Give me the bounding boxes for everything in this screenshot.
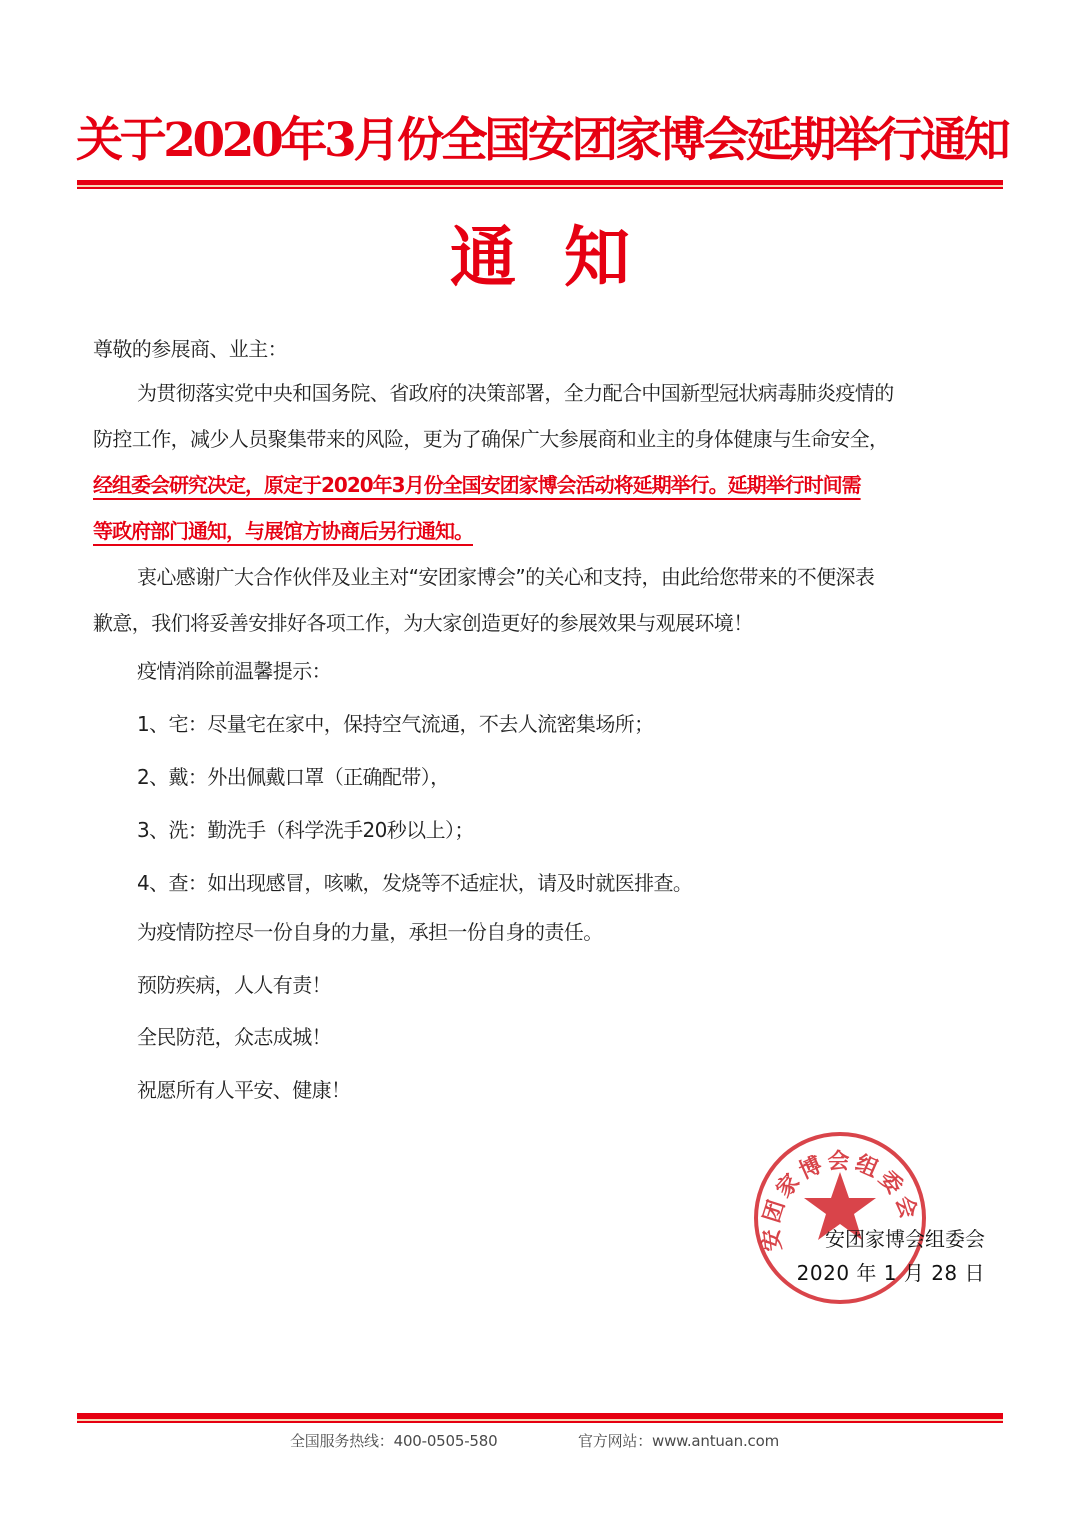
greeting-text: 尊敬的参展商、业主： [93,326,993,372]
signature-block: 安团家博会组委会 2020 年 1 月 28 日 [790,1222,990,1290]
tip-item: 4、查：如出现感冒，咳嗽，发烧等不适症状，请及时就医排查。 [93,857,993,910]
closing-line: 祝愿所有人平安、健康！ [93,1064,993,1117]
tips-list: 1、宅：尽量宅在家中，保持空气流通，不去人流密集场所； 2、戴：外出佩戴口罩（正… [93,698,993,910]
tips-title: 疫情消除前温馨提示： [93,648,993,694]
tips-title-text: 疫情消除前温馨提示： [93,648,993,694]
footer-website: 官方网站：www.antuan.com [578,1430,779,1452]
closing-line: 预防疾病，人人有责！ [93,959,993,1012]
closing-slogans: 为疫情防控尽一份自身的力量，承担一份自身的责任。 预防疾病，人人有责！ 全民防范… [93,906,993,1116]
paragraph-line: 为贯彻落实党中央和国务院、省政府的决策部署，全力配合中国新型冠状病毒肺炎疫情的 [93,370,993,416]
divider-thin-bar [77,1421,1003,1423]
closing-line: 全民防范，众志成城！ [93,1011,993,1064]
paragraph-line: 防控工作，减少人员聚集带来的风险，更为了确保广大参展商和业主的身体健康与生命安全… [93,416,993,462]
signature-organization: 安团家博会组委会 [790,1222,990,1256]
paragraph-thanks: 衷心感谢广大合作伙伴及业主对“安团家博会”的关心和支持，由此给您带来的不便深表 … [93,554,993,646]
tip-item: 3、洗：勤洗手（科学洗手20秒以上）； [93,804,993,857]
highlighted-decision-text: 经组委会研究决定，原定于2020年3月份全国安团家博会活动将延期举行。延期举行时… [93,473,861,497]
tip-item: 2、戴：外出佩戴口罩（正确配带）， [93,751,993,804]
header-divider [77,180,1003,189]
footer-divider [77,1413,1003,1423]
greeting: 尊敬的参展商、业主： [93,326,993,372]
closing-line: 为疫情防控尽一份自身的力量，承担一份自身的责任。 [93,906,993,959]
paragraph-line: 歉意，我们将妥善安排好各项工作，为大家创造更好的参展效果与观展环境！ [93,600,993,646]
notice-heading: 通知 [0,212,1080,302]
divider-thin-bar [77,187,1003,189]
footer-hotline: 全国服务热线：400-0505-580 [290,1430,497,1452]
signature-date: 2020 年 1 月 28 日 [790,1256,990,1290]
page-title: 关于2020年3月份全国安团家博会延期举行通知 [76,108,1006,174]
tip-item: 1、宅：尽量宅在家中，保持空气流通，不去人流密集场所； [93,698,993,751]
paragraph-announcement: 为贯彻落实党中央和国务院、省政府的决策部署，全力配合中国新型冠状病毒肺炎疫情的 … [93,370,993,554]
highlighted-decision-text: 等政府部门通知，与展馆方协商后另行通知。 [93,519,473,543]
paragraph-line: 衷心感谢广大合作伙伴及业主对“安团家博会”的关心和支持，由此给您带来的不便深表 [93,554,993,600]
